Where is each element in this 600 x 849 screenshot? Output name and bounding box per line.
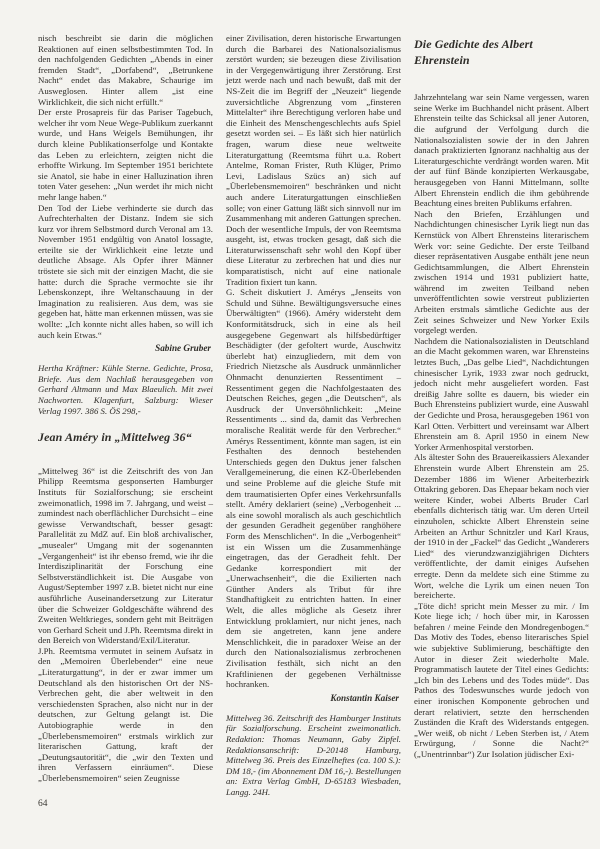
article-paragraph: Jahrzehntelang war sein Name vergessen, … <box>414 92 589 209</box>
article-paragraph: Den Tod der Liebe verhinderte sie durch … <box>38 203 213 341</box>
article-paragraph: Nachdem die Nationalsozialisten in Deuts… <box>414 336 589 453</box>
article-heading: Die Gedichte des Albert Ehrenstein <box>414 37 589 68</box>
article-paragraph: G. Scheit diskutiert J. Amérys „Jenseits… <box>226 287 401 690</box>
article-paragraph: Der erste Prosapreis für das Pariser Tag… <box>38 107 213 202</box>
article-paragraph: „Mittelweg 36“ ist die Zeitschrift des v… <box>38 466 213 646</box>
author-signature: Konstantin Kaiser <box>226 693 399 703</box>
column-right: Die Gedichte des Albert EhrensteinJahrze… <box>414 33 589 798</box>
article-heading: Jean Améry in „Mittelweg 36“ <box>38 430 213 446</box>
article-paragraph: „Töte dich! spricht mein Messer zu mir. … <box>414 601 589 760</box>
bibliography-note: Hertha Kräftner: Kühle Sterne. Gedichte,… <box>38 363 213 416</box>
magazine-page: nisch beschreibt sie darin die möglichen… <box>0 0 600 849</box>
text-columns: nisch beschreibt sie darin die möglichen… <box>38 33 590 798</box>
article-paragraph: Als ältester Sohn des Brauereikassiers A… <box>414 452 589 600</box>
article-paragraph: Nach den Briefen, Erzählungen und Nachdi… <box>414 209 589 336</box>
article-paragraph: J.Ph. Reemtsma vermutet in seinem Aufsat… <box>38 646 213 784</box>
page-number: 64 <box>38 799 48 809</box>
bibliography-note: Mittelweg 36. Zeitschrift des Hamburger … <box>226 713 401 798</box>
author-signature: Sabine Gruber <box>38 343 211 353</box>
column-left: nisch beschreibt sie darin die möglichen… <box>38 33 213 798</box>
column-middle: einer Zivilisation, deren historische Er… <box>226 33 401 798</box>
article-paragraph: einer Zivilisation, deren historische Er… <box>226 33 401 287</box>
article-paragraph: nisch beschreibt sie darin die möglichen… <box>38 33 213 107</box>
